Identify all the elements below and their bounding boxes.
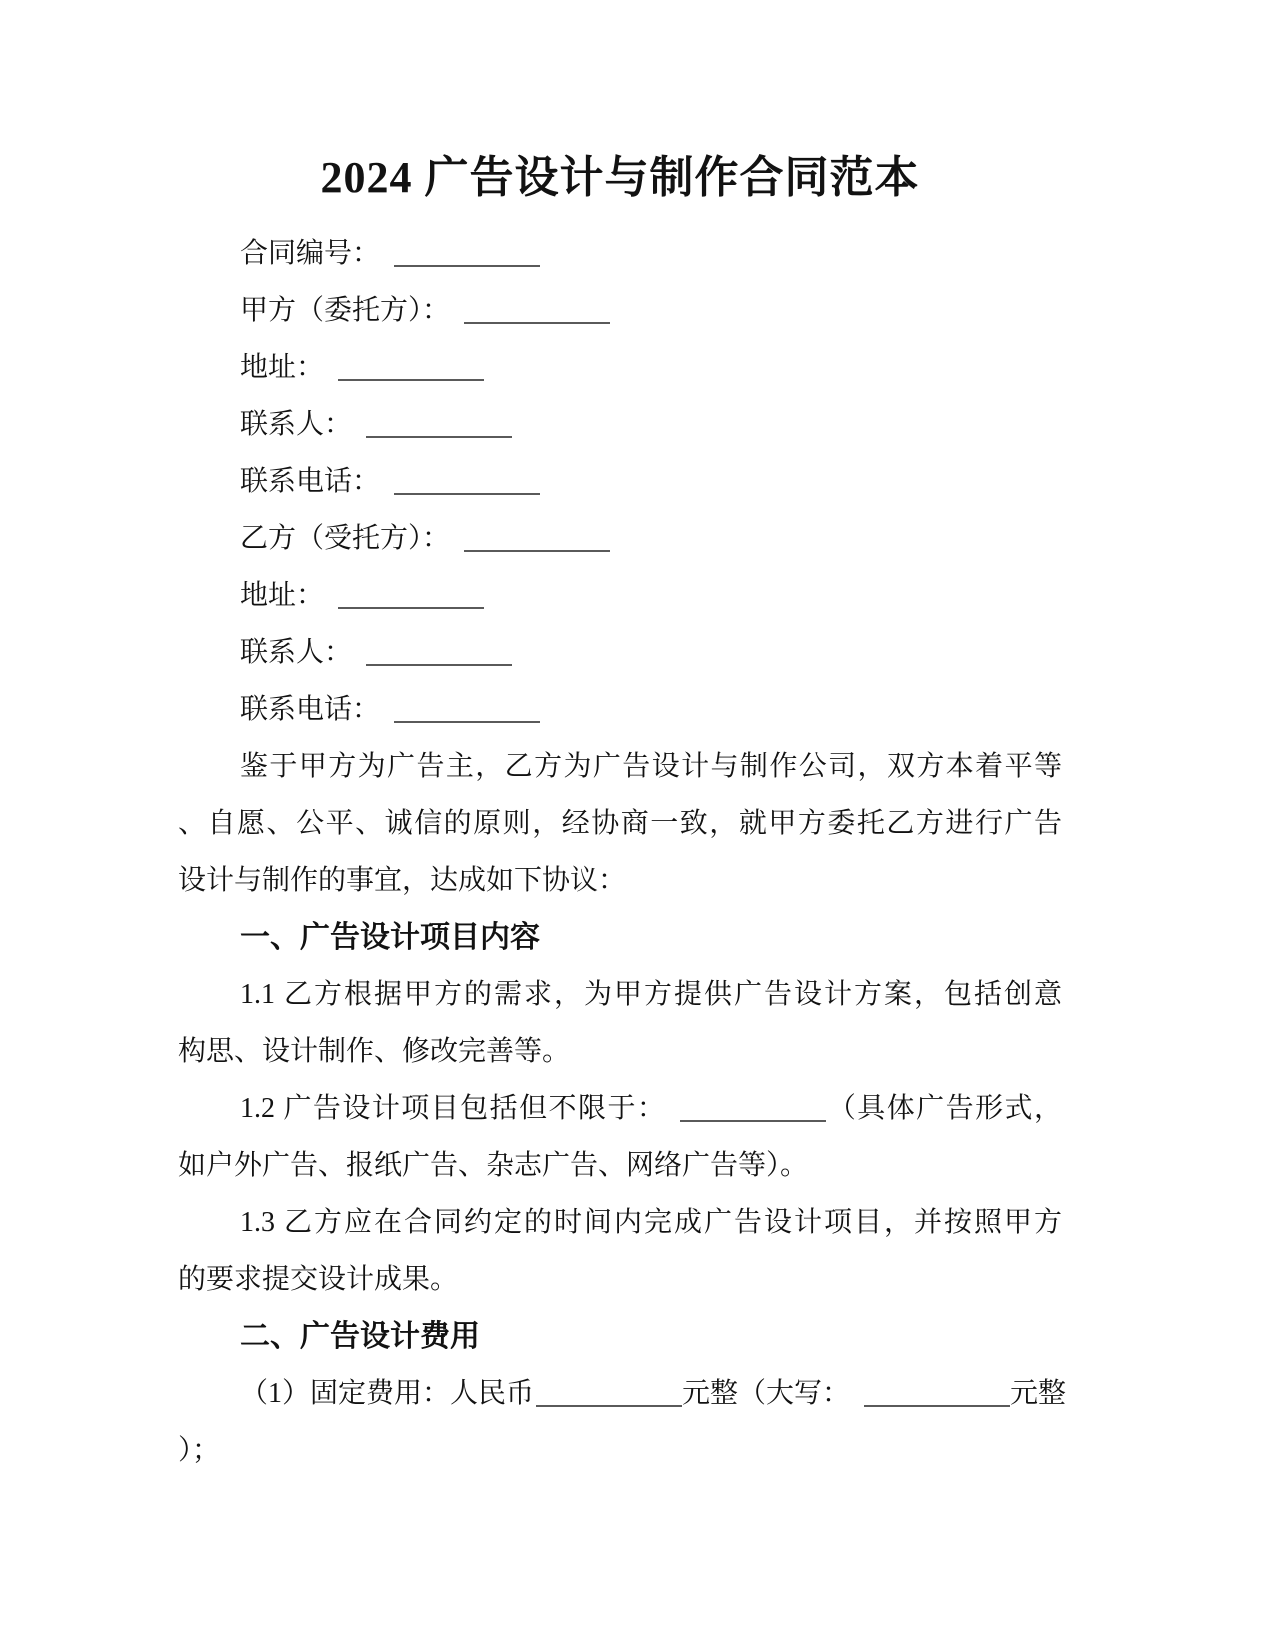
clause-text: 1.3 乙方应在合同约定的时间内完成广告设计项目，并按照甲方: [178, 1194, 1062, 1251]
fill-in-blank[interactable]: [366, 640, 512, 666]
clause-1-2: 1.2 广告设计项目包括但不限于：（具体广告形式， 如户外广告、报纸广告、杂志广…: [178, 1080, 1062, 1194]
field-label: 合同编号：: [240, 238, 380, 269]
fill-in-blank[interactable]: [338, 355, 484, 381]
fill-in-blank[interactable]: [394, 241, 540, 267]
clause-text: 构思、设计制作、修改完善等。: [178, 1023, 1062, 1080]
field-line-phone-b: 联系电话：: [178, 681, 1062, 738]
clause-text: （1）固定费用：人民币元整（大写：元整: [178, 1365, 1062, 1422]
clause-text: 如户外广告、报纸广告、杂志广告、网络广告等）。: [178, 1137, 1062, 1194]
fill-in-blank[interactable]: [394, 697, 540, 723]
header-fields: 合同编号： 甲方（委托方）： 地址： 联系人： 联系电话： 乙方（受托方）： 地…: [178, 225, 1062, 738]
clause-text-segment: （具体广告形式，: [826, 1093, 1062, 1124]
contract-page: 2024 广告设计与制作合同范本 合同编号： 甲方（委托方）： 地址： 联系人：…: [0, 0, 1275, 1650]
fill-in-blank[interactable]: [338, 583, 484, 609]
field-label: 联系人：: [240, 637, 352, 668]
fill-in-blank[interactable]: [864, 1381, 1010, 1407]
field-label: 联系人：: [240, 409, 352, 440]
clause-text-segment: 1.2 广告设计项目包括但不限于：: [240, 1093, 666, 1124]
document-title: 2024 广告设计与制作合同范本: [178, 146, 1062, 210]
clause-text-segment: 元整（大写：: [682, 1378, 850, 1409]
field-label: 乙方（受托方）：: [240, 523, 450, 554]
fill-in-blank[interactable]: [536, 1381, 682, 1407]
contract-preamble: 鉴于甲方为广告主，乙方为广告设计与制作公司，双方本着平等 、自愿、公平、诚信的原…: [178, 738, 1062, 909]
fill-in-blank[interactable]: [394, 469, 540, 495]
clause-text: ）；: [178, 1422, 1062, 1479]
fill-in-blank[interactable]: [366, 412, 512, 438]
section-2-heading: 二、广告设计费用: [178, 1308, 1062, 1365]
clause-1-1: 1.1 乙方根据甲方的需求，为甲方提供广告设计方案，包括创意 构思、设计制作、修…: [178, 966, 1062, 1080]
fill-in-blank[interactable]: [464, 298, 610, 324]
clause-text: 1.2 广告设计项目包括但不限于：（具体广告形式，: [178, 1080, 1062, 1137]
field-line-party-b: 乙方（受托方）：: [178, 510, 1062, 567]
clause-text-segment: 元整: [1010, 1378, 1066, 1409]
field-label: 联系电话：: [240, 694, 380, 725]
section-1-heading: 一、广告设计项目内容: [178, 909, 1062, 966]
field-line-party-a: 甲方（委托方）：: [178, 282, 1062, 339]
clause-text: 1.1 乙方根据甲方的需求，为甲方提供广告设计方案，包括创意: [178, 966, 1062, 1023]
clause-text-segment: （1）固定费用：人民币: [240, 1378, 534, 1409]
clause-text: 的要求提交设计成果。: [178, 1251, 1062, 1308]
field-line-address-b: 地址：: [178, 567, 1062, 624]
clause-fee-fixed: （1）固定费用：人民币元整（大写：元整 ）；: [178, 1365, 1062, 1479]
field-line-contact-a: 联系人：: [178, 396, 1062, 453]
field-label: 联系电话：: [240, 466, 380, 497]
preamble-line: 鉴于甲方为广告主，乙方为广告设计与制作公司，双方本着平等: [178, 738, 1062, 795]
preamble-line: 设计与制作的事宜，达成如下协议：: [178, 852, 1062, 909]
field-line-contact-b: 联系人：: [178, 624, 1062, 681]
field-label: 地址：: [240, 580, 324, 611]
clause-1-3: 1.3 乙方应在合同约定的时间内完成广告设计项目，并按照甲方 的要求提交设计成果…: [178, 1194, 1062, 1308]
field-label: 甲方（委托方）：: [240, 295, 450, 326]
fill-in-blank[interactable]: [680, 1096, 826, 1122]
field-line-contract-number: 合同编号：: [178, 225, 1062, 282]
field-line-address-a: 地址：: [178, 339, 1062, 396]
field-label: 地址：: [240, 352, 324, 383]
fill-in-blank[interactable]: [464, 526, 610, 552]
preamble-line: 、自愿、公平、诚信的原则，经协商一致，就甲方委托乙方进行广告: [178, 795, 1062, 852]
field-line-phone-a: 联系电话：: [178, 453, 1062, 510]
